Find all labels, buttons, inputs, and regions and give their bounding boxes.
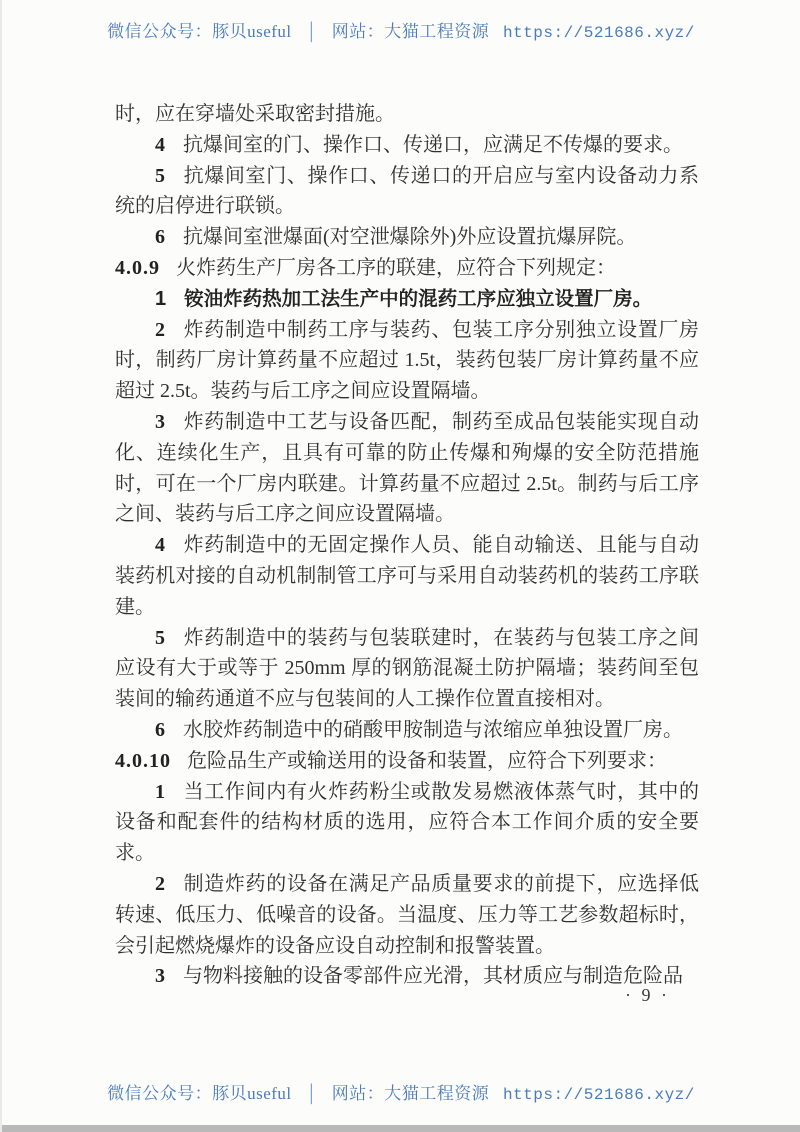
- website-url: https://521686.xyz/: [503, 24, 695, 42]
- clause-number: 6: [155, 719, 165, 741]
- clause-paragraph: 3与物料接触的设备零部件应光滑，其材质应与制造危险品: [115, 961, 699, 992]
- clause-paragraph: 2炸药制造中制药工序与装药、包装工序分别独立设置厂房时，制药厂房计算药量不应超过…: [115, 315, 699, 407]
- clause-text: 炸药制造中的无固定操作人员、能自动输送、且能与自动装药机对接的自动机制制管工序可…: [115, 534, 699, 618]
- clause-number: 3: [155, 965, 165, 987]
- clause-text: 抗爆间室泄爆面(对空泄爆除外)外应设置抗爆屏院。: [183, 226, 636, 248]
- clause-number: 5: [155, 627, 165, 649]
- clause-text: 抗爆间室门、操作口、传递口的开启应与室内设备动力系统的启停进行联锁。: [115, 165, 699, 218]
- clause-paragraph: 6水胶炸药制造中的硝酸甲胺制造与浓缩应单独设置厂房。: [115, 715, 699, 746]
- clause-paragraph: 6抗爆间室泄爆面(对空泄爆除外)外应设置抗爆屏院。: [115, 222, 699, 253]
- website-label: 网站：大猫工程资源: [332, 1084, 490, 1103]
- clause-number: 1: [155, 288, 166, 310]
- clause-text: 时，应在穿墙处采取密封措施。: [115, 103, 395, 125]
- clause-text: 水胶炸药制造中的硝酸甲胺制造与浓缩应单独设置厂房。: [183, 719, 683, 741]
- watermark-header: 微信公众号：豚贝useful │ 网站：大猫工程资源 https://52168…: [2, 17, 800, 42]
- clause-number: 1: [155, 781, 165, 803]
- clause-paragraph: 5抗爆间室门、操作口、传递口的开启应与室内设备动力系统的启停进行联锁。: [115, 161, 699, 223]
- clause-text: 危险品生产或输送用的设备和装置，应符合下列要求：: [187, 750, 667, 772]
- wechat-account-label: 微信公众号：豚贝useful: [107, 22, 292, 41]
- wechat-account-label: 微信公众号：豚贝useful: [107, 1084, 292, 1103]
- clause-text: 与物料接触的设备零部件应光滑，其材质应与制造危险品: [183, 965, 683, 987]
- clause-number: 2: [155, 873, 165, 895]
- clause-number: 4.0.10: [115, 750, 171, 772]
- clause-text: 炸药制造中工艺与设备匹配，制药至成品包装能实现自动化、连续化生产，且具有可靠的防…: [115, 411, 699, 525]
- section-heading: 4.0.10危险品生产或输送用的设备和装置，应符合下列要求：: [115, 746, 699, 777]
- scan-edge-bar: [2, 1125, 800, 1132]
- clause-text: 炸药制造中的装药与包装联建时，在装药与包装工序之间应设有大于或等于 250mm …: [115, 627, 699, 711]
- website-label: 网站：大猫工程资源: [332, 22, 490, 41]
- clause-text: 铵油炸药热加工法生产中的混药工序应独立设置厂房。: [184, 288, 652, 310]
- clause-text: 火炸药生产厂房各工序的联建，应符合下列规定：: [176, 257, 616, 279]
- page-number: · 9 ·: [625, 985, 670, 1006]
- clause-number: 6: [155, 226, 165, 248]
- website-url: https://521686.xyz/: [503, 1086, 695, 1104]
- clause-number: 4: [155, 534, 165, 556]
- document-body: 时，应在穿墙处采取密封措施。4抗爆间室的门、操作口、传递口，应满足不传爆的要求。…: [115, 99, 699, 992]
- clause-paragraph: 1铵油炸药热加工法生产中的混药工序应独立设置厂房。: [115, 284, 699, 315]
- clause-paragraph: 4炸药制造中的无固定操作人员、能自动输送、且能与自动装药机对接的自动机制制管工序…: [115, 530, 699, 622]
- scanned-page: 微信公众号：豚贝useful │ 网站：大猫工程资源 https://52168…: [0, 0, 800, 1132]
- clause-paragraph: 3炸药制造中工艺与设备匹配，制药至成品包装能实现自动化、连续化生产，且具有可靠的…: [115, 407, 699, 530]
- clause-number: 5: [155, 165, 165, 187]
- watermark-footer: 微信公众号：豚贝useful │ 网站：大猫工程资源 https://52168…: [2, 1079, 800, 1104]
- separator-bar: │: [305, 22, 318, 41]
- clause-text: 制造炸药的设备在满足产品质量要求的前提下，应选择低转速、低压力、低噪音的设备。当…: [115, 873, 699, 957]
- clause-text: 当工作间内有火炸药粉尘或散发易燃液体蒸气时，其中的设备和配套件的结构材质的选用，…: [115, 781, 699, 865]
- section-heading: 4.0.9火炸药生产厂房各工序的联建，应符合下列规定：: [115, 253, 699, 284]
- clause-paragraph: 1当工作间内有火炸药粉尘或散发易燃液体蒸气时，其中的设备和配套件的结构材质的选用…: [115, 777, 699, 869]
- separator-bar: │: [305, 1084, 318, 1103]
- clause-paragraph: 4抗爆间室的门、操作口、传递口，应满足不传爆的要求。: [115, 130, 699, 161]
- clause-text: 炸药制造中制药工序与装药、包装工序分别独立设置厂房时，制药厂房计算药量不应超过 …: [115, 319, 699, 403]
- clause-number: 4: [155, 134, 165, 156]
- clause-number: 3: [155, 411, 165, 433]
- clause-paragraph: 2制造炸药的设备在满足产品质量要求的前提下，应选择低转速、低压力、低噪音的设备。…: [115, 869, 699, 961]
- clause-paragraph: 时，应在穿墙处采取密封措施。: [115, 99, 699, 130]
- clause-text: 抗爆间室的门、操作口、传递口，应满足不传爆的要求。: [183, 134, 683, 156]
- clause-paragraph: 5炸药制造中的装药与包装联建时，在装药与包装工序之间应设有大于或等于 250mm…: [115, 623, 699, 715]
- clause-number: 4.0.9: [115, 257, 160, 279]
- clause-number: 2: [155, 319, 165, 341]
